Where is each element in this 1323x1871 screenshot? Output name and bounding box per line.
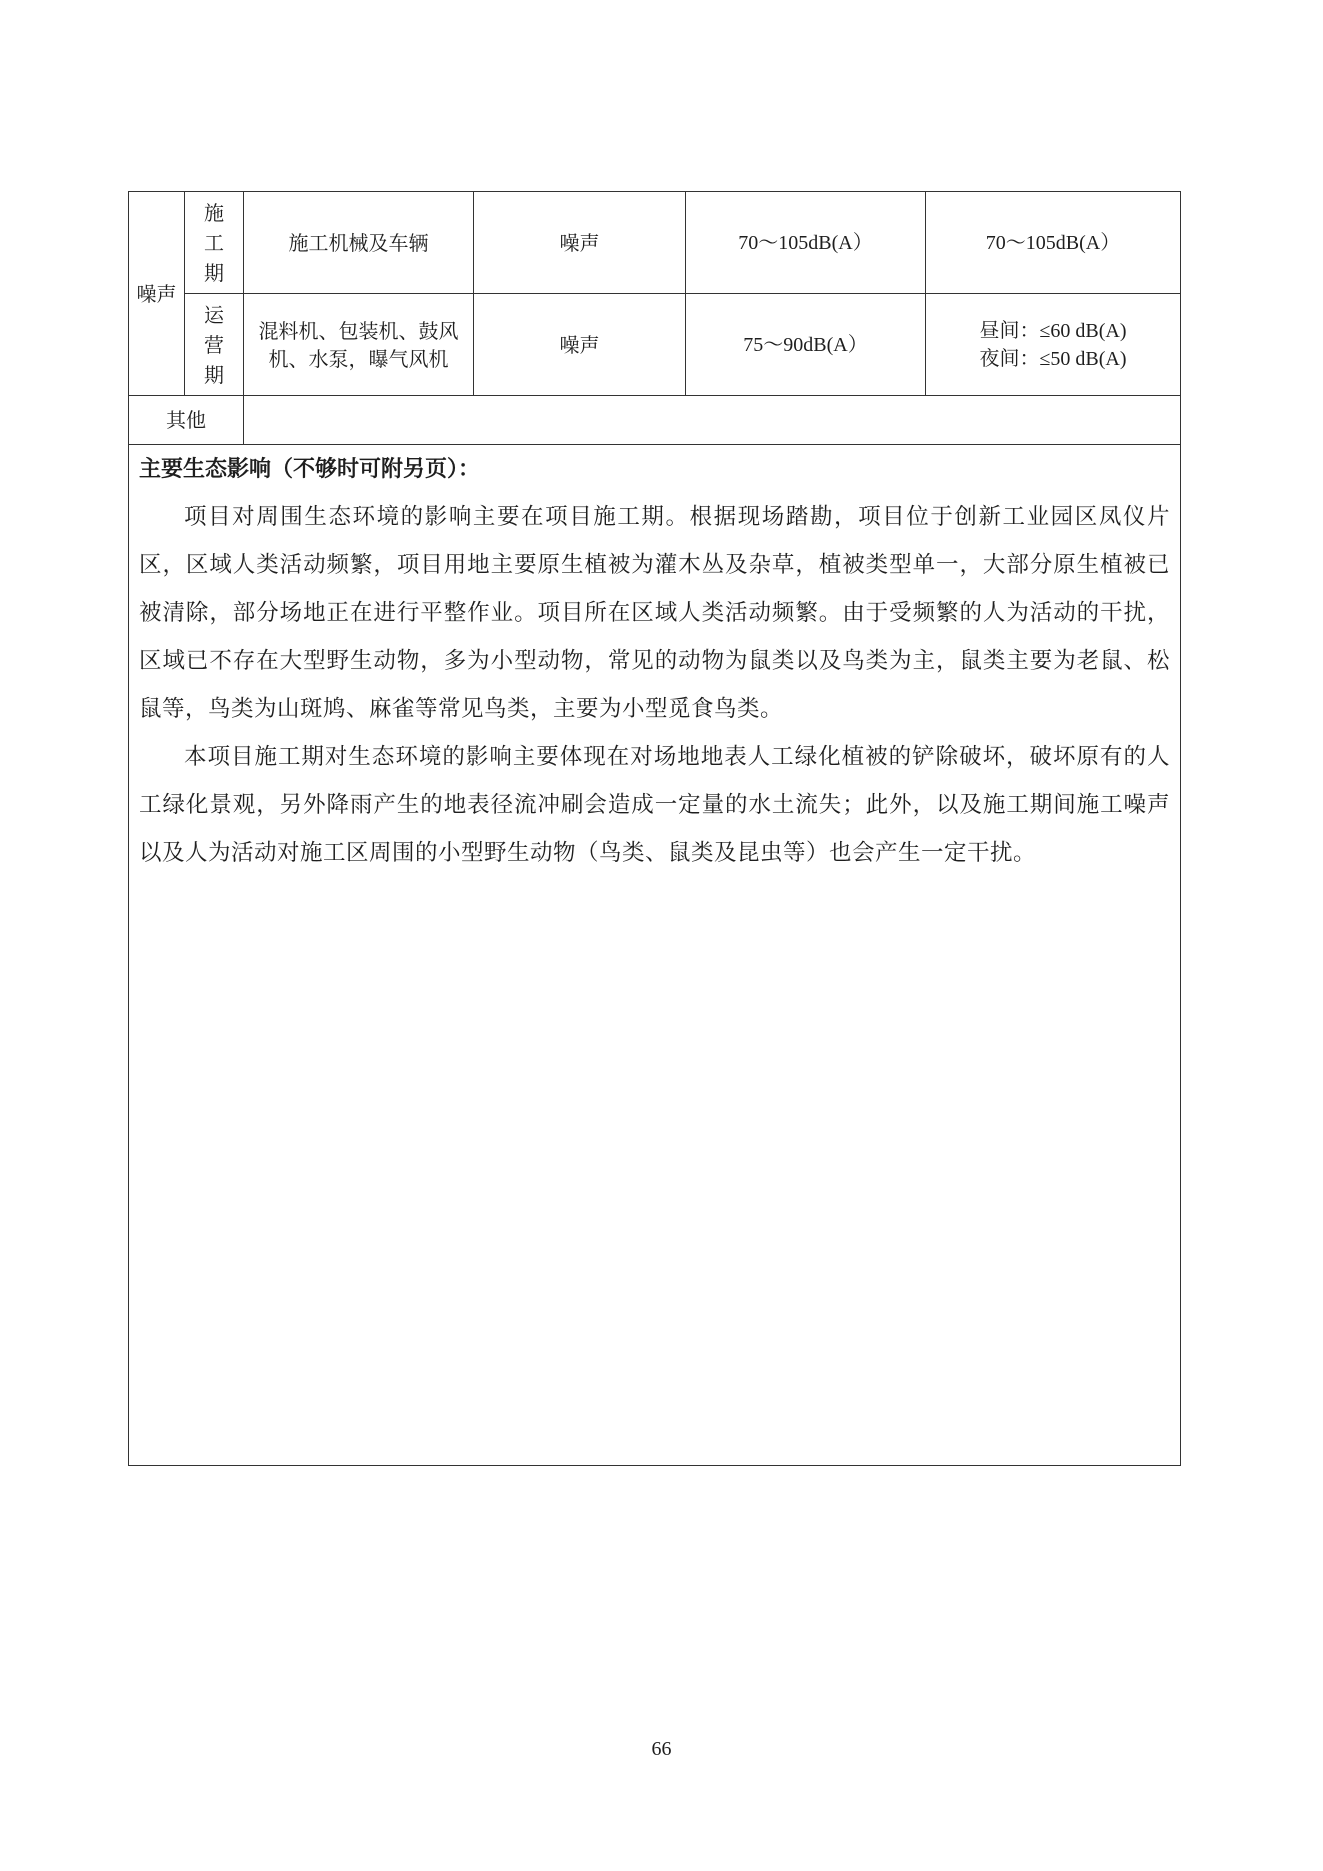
ecology-paragraph: 项目对周围生态环境的影响主要在项目施工期。根据现场踏勘，项目位于创新工业园区凤仪…	[139, 493, 1170, 733]
table-row-operation: 运 营 期 混料机、包装机、鼓风机、水泵，曝气风机 噪声 75～90dB(A） …	[129, 294, 1181, 396]
document-page: 噪声 施 工 期 施工机械及车辆 噪声 70～105dB(A） 70～105dB…	[0, 0, 1323, 1871]
night-limit: 夜间：≤50 dB(A)	[979, 345, 1126, 373]
source-cell: 施工机械及车辆	[244, 192, 474, 294]
pollutant-cell: 噪声	[474, 192, 686, 294]
level-after-cell: 70～105dB(A）	[926, 192, 1181, 294]
table-row-construction: 噪声 施 工 期 施工机械及车辆 噪声 70～105dB(A） 70～105dB…	[129, 192, 1181, 294]
phase-char: 期	[185, 360, 243, 390]
phase-char: 工	[185, 228, 243, 258]
limit-block: 昼间：≤60 dB(A) 夜间：≤50 dB(A)	[979, 317, 1126, 373]
ecology-cell: 主要生态影响（不够时可附另页）： 项目对周围生态环境的影响主要在项目施工期。根据…	[129, 445, 1181, 1466]
day-limit: 昼间：≤60 dB(A)	[979, 317, 1126, 345]
level-after-cell: 昼间：≤60 dB(A) 夜间：≤50 dB(A)	[926, 294, 1181, 396]
table-row-ecology: 主要生态影响（不够时可附另页）： 项目对周围生态环境的影响主要在项目施工期。根据…	[129, 445, 1181, 1466]
ecology-title: 主要生态影响（不够时可附另页）：	[139, 453, 1170, 487]
pollutant-cell: 噪声	[474, 294, 686, 396]
other-label: 其他	[129, 396, 244, 445]
noise-emission-table: 噪声 施 工 期 施工机械及车辆 噪声 70～105dB(A） 70～105dB…	[128, 191, 1181, 1466]
phase-char: 施	[185, 198, 243, 228]
table-row-other: 其他	[129, 396, 1181, 445]
level-before-cell: 70～105dB(A）	[686, 192, 926, 294]
noise-category-cell: 噪声	[129, 192, 185, 396]
phase-cell: 运 营 期	[185, 294, 244, 396]
phase-char: 期	[185, 258, 243, 288]
category-label: 噪声	[129, 279, 184, 309]
phase-char: 运	[185, 300, 243, 330]
phase-cell: 施 工 期	[185, 192, 244, 294]
page-number: 66	[0, 1738, 1323, 1761]
phase-char: 营	[185, 330, 243, 360]
ecology-paragraph: 本项目施工期对生态环境的影响主要体现在对场地地表人工绿化植被的铲除破坏，破坏原有…	[139, 733, 1170, 877]
level-before-cell: 75～90dB(A）	[686, 294, 926, 396]
other-value	[244, 396, 1181, 445]
source-cell: 混料机、包装机、鼓风机、水泵，曝气风机	[244, 294, 474, 396]
